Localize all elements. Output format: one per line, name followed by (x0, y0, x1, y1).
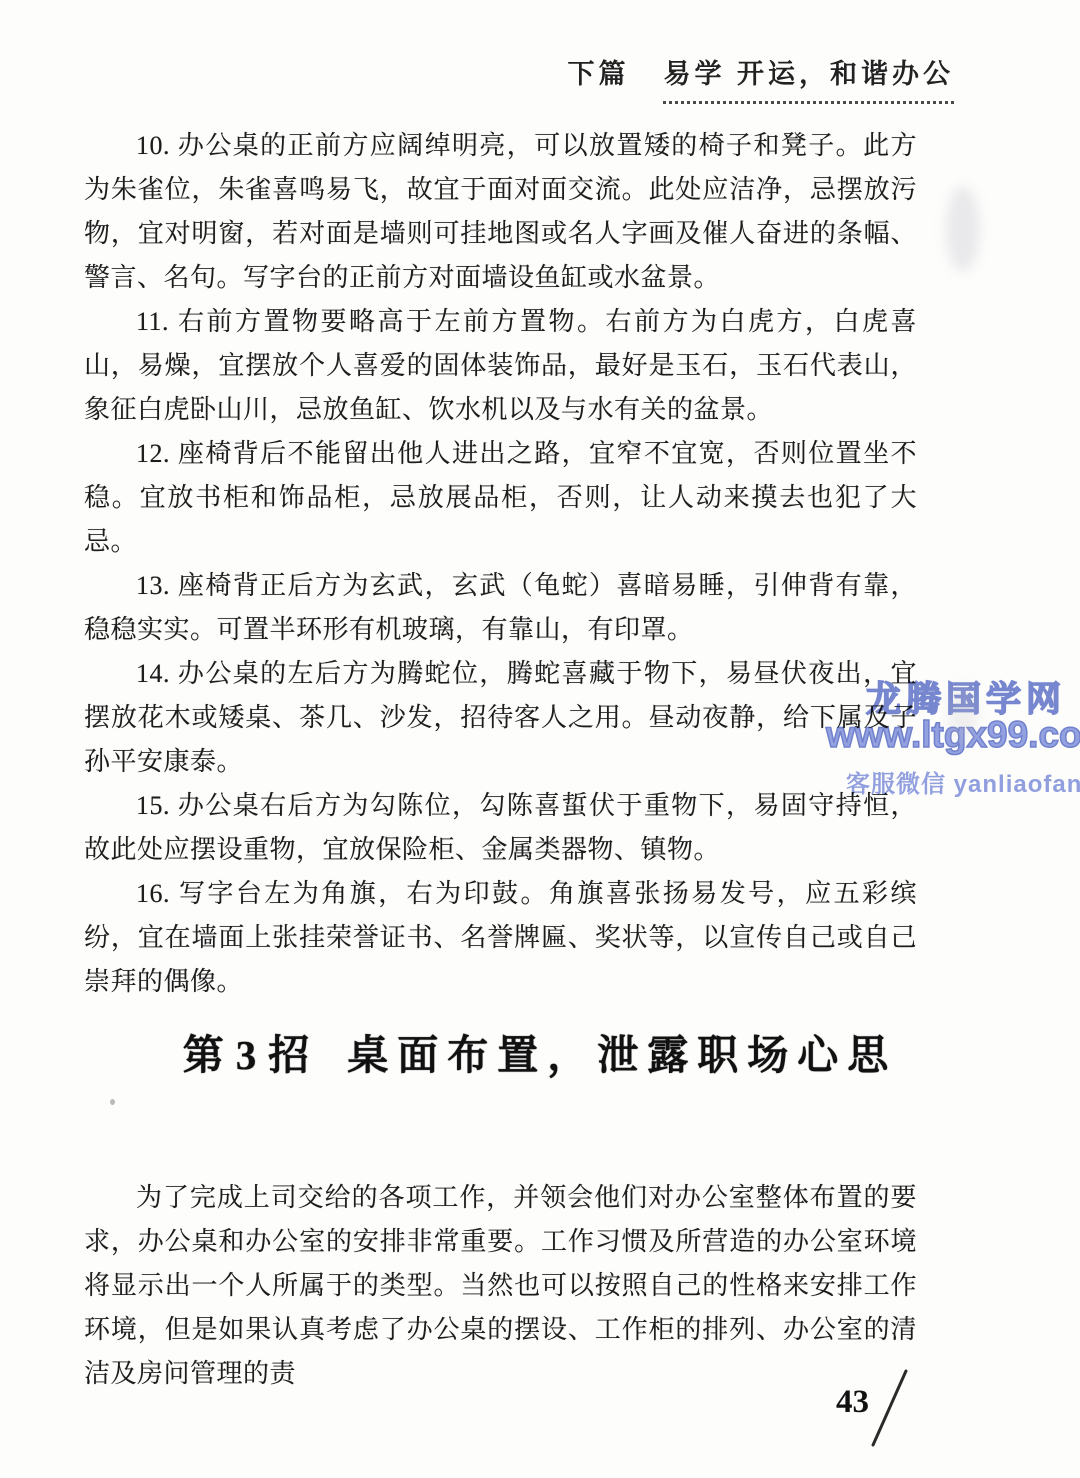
rule-paragraph-14: 14. 办公桌的左后方为腾蛇位，腾蛇喜藏于物下，易昼伏夜出，宜摆放花木或矮桌、茶… (84, 652, 917, 784)
rule-paragraph-15: 15. 办公桌右后方为勾陈位，勾陈喜蜇伏于重物下，易固守持恒，故此处应摆设重物，… (84, 784, 917, 872)
scan-smudge (946, 186, 980, 272)
header-part-label: 下篇 (567, 52, 629, 91)
intro-text-block: 为了完成上司交给的各项工作，并领会他们对办公室整体布置的要求，办公桌和办公室的安… (84, 1176, 917, 1396)
rule-paragraph-16: 16. 写字台左为角旗，右为印鼓。角旗喜张扬易发号，应五彩缤纷，宜在墙面上张挂荣… (84, 872, 917, 1004)
scan-smudge (948, 684, 978, 740)
rules-text-block: 10. 办公桌的正前方应阔绰明亮，可以放置矮的椅子和凳子。此方为朱雀位，朱雀喜鸣… (84, 124, 917, 1004)
rule-paragraph-13: 13. 座椅背正后方为玄武，玄武（龟蛇）喜暗易睡，引伸背有靠，稳稳实实。可置半环… (84, 564, 917, 652)
section-heading: 第3招桌面布置，泄露职场心思 (0, 1022, 1080, 1081)
running-header: 下篇 易学 开运，和谐办公 (567, 52, 954, 104)
rule-paragraph-10: 10. 办公桌的正前方应阔绰明亮，可以放置矮的椅子和凳子。此方为朱雀位，朱雀喜鸣… (84, 124, 917, 300)
section-title: 桌面布置，泄露职场心思 (347, 1032, 897, 1078)
rule-paragraph-12: 12. 座椅背后不能留出他人进出之路，宜窄不宜宽，否则位置坐不稳。宜放书柜和饰品… (84, 432, 917, 564)
header-title: 易学 开运，和谐办公 (663, 52, 954, 104)
book-page: 下篇 易学 开运，和谐办公 10. 办公桌的正前方应阔绰明亮，可以放置矮的椅子和… (0, 0, 1080, 1478)
intro-paragraph: 为了完成上司交给的各项工作，并领会他们对办公室整体布置的要求，办公桌和办公室的安… (84, 1176, 917, 1396)
rule-paragraph-11: 11. 右前方置物要略高于左前方置物。右前方为白虎方，白虎喜山，易燥，宜摆放个人… (84, 300, 917, 432)
section-number: 第3招 (183, 1032, 322, 1078)
scan-speck (110, 1099, 115, 1105)
page-number: 43 (836, 1384, 869, 1421)
